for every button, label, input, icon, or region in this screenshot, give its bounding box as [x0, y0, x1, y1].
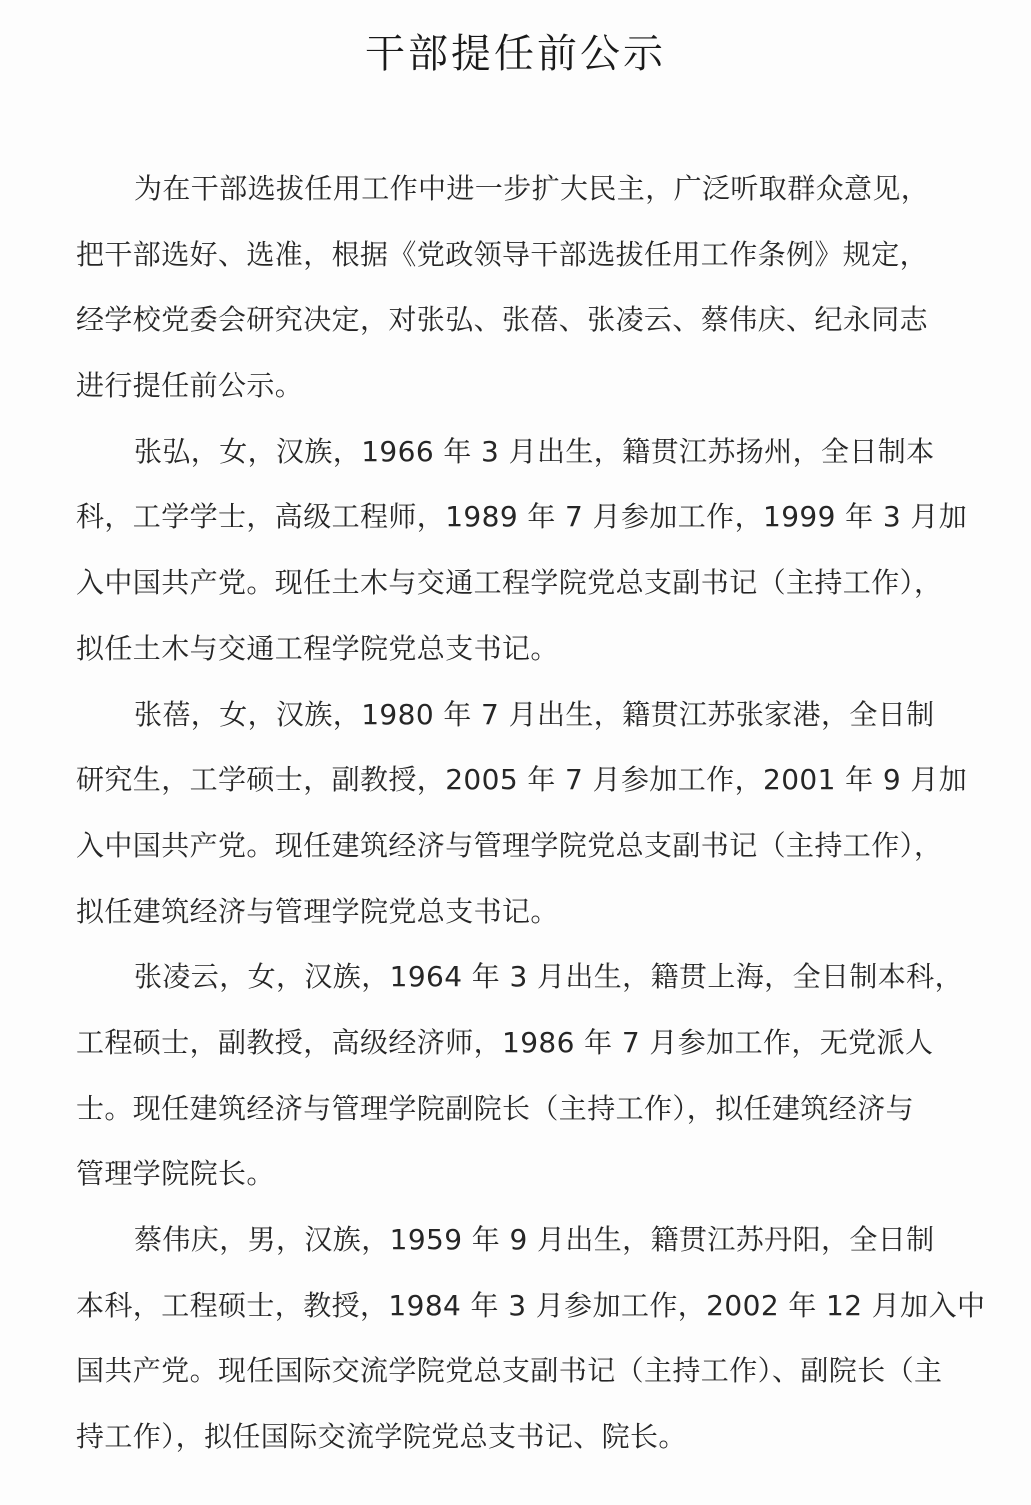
text-line: 拟任建筑经济与管理学院党总支书记。	[76, 883, 956, 949]
paragraph-candidate-zhang-bei: 张蓓，女，汉族，1980 年 7 月出生，籍贯江苏张家港，全日制 研究生，工学硕…	[76, 686, 956, 949]
paragraph-candidate-zhang-lingyun: 张凌云，女，汉族，1964 年 3 月出生，籍贯上海，全日制本科， 工程硕士，副…	[76, 948, 956, 1211]
document-body: 为在干部选拔任用工作中进一步扩大民主，广泛听取群众意见， 把干部选好、选准，根据…	[76, 160, 956, 1474]
document-title: 干部提任前公示	[0, 26, 1031, 82]
text-line: 国共产党。现任国际交流学院党总支副书记（主持工作）、副院长（主	[76, 1342, 956, 1408]
document-page: 干部提任前公示 为在干部选拔任用工作中进一步扩大民主，广泛听取群众意见， 把干部…	[0, 0, 1031, 1505]
text-line: 本科，工程硕士，教授，1984 年 3 月参加工作，2002 年 12 月加入中	[76, 1277, 956, 1343]
text-line: 入中国共产党。现任土木与交通工程学院党总支副书记（主持工作），	[76, 554, 956, 620]
text-line: 管理学院院长。	[76, 1145, 956, 1211]
text-line: 进行提任前公示。	[76, 357, 956, 423]
text-line: 拟任土木与交通工程学院党总支书记。	[76, 620, 956, 686]
paragraph-candidate-cai-weiqing: 蔡伟庆，男，汉族，1959 年 9 月出生，籍贯江苏丹阳，全日制 本科，工程硕士…	[76, 1211, 956, 1474]
text-line: 研究生，工学硕士，副教授，2005 年 7 月参加工作，2001 年 9 月加	[76, 751, 956, 817]
paragraph-intro: 为在干部选拔任用工作中进一步扩大民主，广泛听取群众意见， 把干部选好、选准，根据…	[76, 160, 956, 423]
text-line: 入中国共产党。现任建筑经济与管理学院党总支副书记（主持工作），	[76, 817, 956, 883]
text-line: 经学校党委会研究决定，对张弘、张蓓、张凌云、蔡伟庆、纪永同志	[76, 291, 956, 357]
text-line: 张凌云，女，汉族，1964 年 3 月出生，籍贯上海，全日制本科，	[76, 948, 956, 1014]
text-line: 把干部选好、选准，根据《党政领导干部选拔任用工作条例》规定，	[76, 226, 956, 292]
text-line: 工程硕士，副教授，高级经济师，1986 年 7 月参加工作，无党派人	[76, 1014, 956, 1080]
text-line: 为在干部选拔任用工作中进一步扩大民主，广泛听取群众意见，	[76, 160, 956, 226]
text-line: 张蓓，女，汉族，1980 年 7 月出生，籍贯江苏张家港，全日制	[76, 686, 956, 752]
text-line: 科，工学学士，高级工程师，1989 年 7 月参加工作，1999 年 3 月加	[76, 488, 956, 554]
text-line: 蔡伟庆，男，汉族，1959 年 9 月出生，籍贯江苏丹阳，全日制	[76, 1211, 956, 1277]
text-line: 张弘，女，汉族，1966 年 3 月出生，籍贯江苏扬州，全日制本	[76, 423, 956, 489]
text-line: 持工作），拟任国际交流学院党总支书记、院长。	[76, 1408, 956, 1474]
paragraph-candidate-zhang-hong: 张弘，女，汉族，1966 年 3 月出生，籍贯江苏扬州，全日制本 科，工学学士，…	[76, 423, 956, 686]
text-line: 士。现任建筑经济与管理学院副院长（主持工作），拟任建筑经济与	[76, 1080, 956, 1146]
